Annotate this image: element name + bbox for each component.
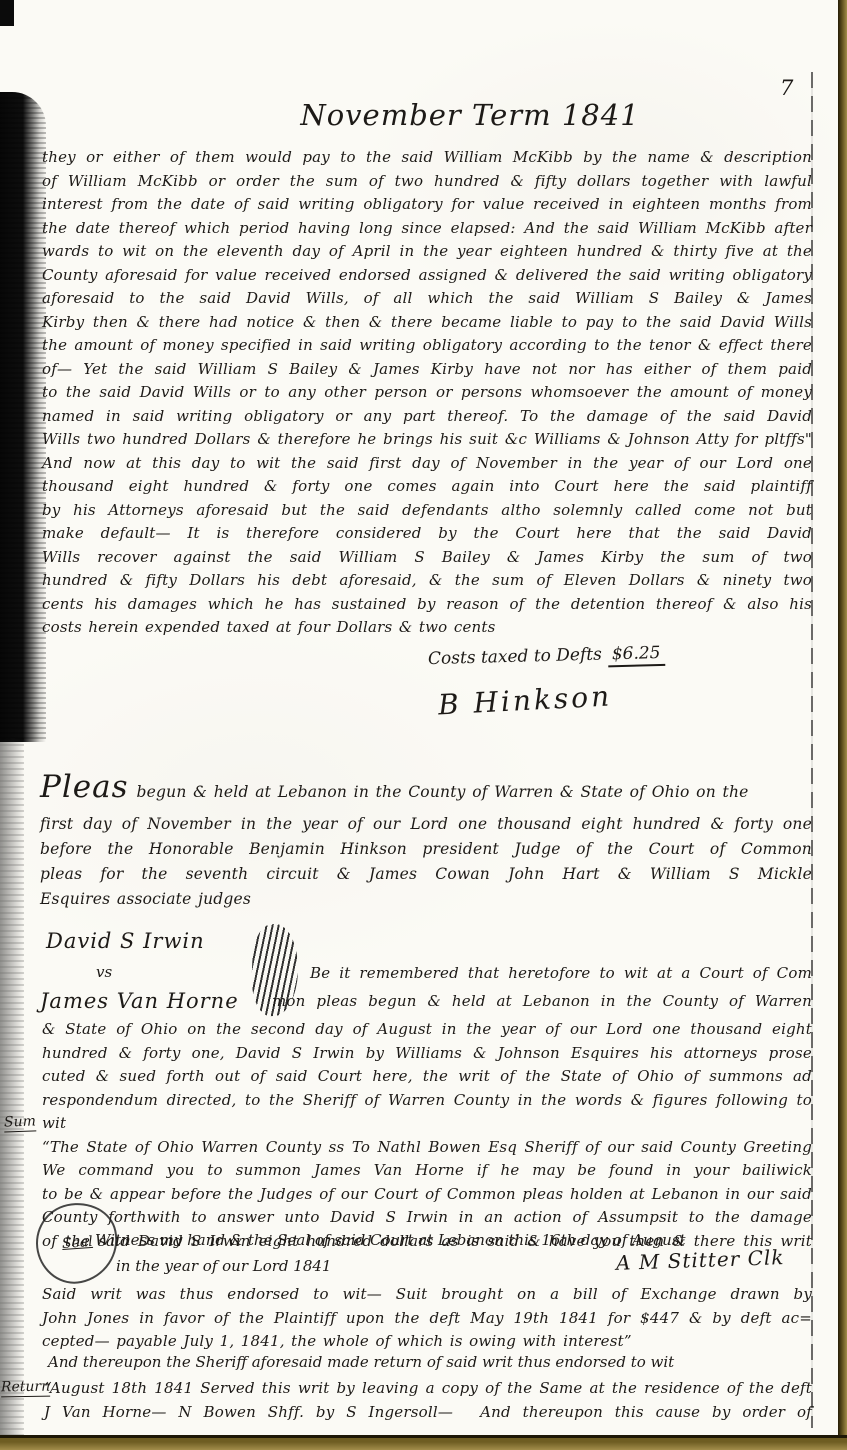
costs-amount: $6.25 <box>608 643 665 667</box>
text-line: pleas for the seventh circuit & James Co… <box>40 862 812 887</box>
page-edge-bottom <box>0 1435 847 1450</box>
judge-signature: B Hinkson <box>437 679 613 721</box>
text-line: cuted & sued forth out of said Court her… <box>42 1065 812 1089</box>
text-line: Said writ was thus endorsed to wit— Suit… <box>42 1283 812 1307</box>
text-line: aforesaid to the said David Wills, of al… <box>42 287 812 311</box>
scan-gutter-shadow-lower <box>0 738 24 1450</box>
scan-corner-mark <box>0 0 14 26</box>
text-line: Wills two hundred Dollars & therefore he… <box>42 428 812 452</box>
text-line: make default— It is therefore considered… <box>42 522 812 546</box>
text-line: the date thereof which period having lon… <box>42 217 812 241</box>
page-number: 7 <box>780 76 799 100</box>
text-line: Esquires associate judges <box>40 887 812 912</box>
term-title: November Term 1841 <box>250 98 690 132</box>
text-line: named in said writing obligatory or any … <box>42 405 812 429</box>
costs-note-label: Costs taxed to Defts <box>428 645 602 670</box>
text-line: costs herein expended taxed at four Doll… <box>42 616 812 640</box>
plaintiff-name: David S Irwin <box>46 929 205 953</box>
text-line: J Van Horne— N Bowen Shff. by S Ingersol… <box>44 1401 812 1425</box>
text-line: We command you to summon James Van Horne… <box>42 1159 812 1183</box>
text-line: County aforesaid for value received endo… <box>42 264 812 288</box>
text-line: to the said David Wills or to any other … <box>42 381 812 405</box>
text-line: first day of November in the year of our… <box>40 812 812 837</box>
text-line: John Jones in favor of the Plaintiff upo… <box>42 1307 812 1331</box>
costs-note: Costs taxed to Defts$6.25 <box>428 643 665 669</box>
scanned-court-record-page: { "page": { "number": "7", "ink_color": … <box>0 0 847 1450</box>
text-line: hundred & forty one, David S Irwin by Wi… <box>42 1042 812 1066</box>
text-line: the amount of money specified in said wr… <box>42 334 812 358</box>
witness-clause-line-2: in the year of our Lord 1841 <box>116 1257 331 1275</box>
text-line: of— Yet the said William S Bailey & Jame… <box>42 358 812 382</box>
term-opening-lines: first day of November in the year of our… <box>40 812 812 912</box>
clerk-signature: A M Stitter Clk <box>616 1245 785 1275</box>
text-line: by his Attorneys aforesaid but the said … <box>42 499 812 523</box>
term-opening-paragraph: Pleasbegun & held at Lebanon in the Coun… <box>40 775 812 805</box>
text-line: “The State of Ohio Warren County ss To N… <box>42 1136 812 1160</box>
versus-label: vs <box>96 963 112 981</box>
text-line: respondendum directed, to the Sheriff of… <box>42 1089 812 1136</box>
text-line: & State of Ohio on the second day of Aug… <box>42 1018 812 1042</box>
judgment-entry-paragraph: they or either of them would pay to the … <box>42 146 812 640</box>
page-edge-right <box>838 0 847 1450</box>
text-line: cepted— payable July 1, 1841, the whole … <box>42 1330 812 1354</box>
writ-endorsement-text: Said writ was thus endorsed to wit— Suit… <box>42 1283 812 1354</box>
text-line: hundred & fifty Dollars his debt aforesa… <box>42 569 812 593</box>
text-line: “August 18th 1841 Served this writ by le… <box>44 1377 812 1401</box>
text-line: they or either of them would pay to the … <box>42 146 812 170</box>
text-line: County forthwith to answer unto David S … <box>42 1206 812 1230</box>
opening-line-rest: begun & held at Lebanon in the County of… <box>137 783 749 801</box>
sheriff-return-text: “August 18th 1841 Served this writ by le… <box>44 1377 812 1424</box>
margin-note-return: Return <box>1 1379 50 1398</box>
witness-clause-line-1: Witness my hand & the Seal of said Court… <box>95 1231 686 1249</box>
text-line: interest from the date of said writing o… <box>42 193 812 217</box>
opening-word: Pleas <box>40 769 137 805</box>
text-line: wards to wit on the eleventh day of Apri… <box>42 240 812 264</box>
text-line: before the Honorable Benjamin Hinkson pr… <box>40 837 812 862</box>
record-opening-line-2: mon pleas begun & held at Lebanon in the… <box>272 992 812 1010</box>
text-line: Kirby then & there had notice & then & t… <box>42 311 812 335</box>
text-line: Pleasbegun & held at Lebanon in the Coun… <box>40 775 812 805</box>
text-line: Wills recover against the said William S… <box>42 546 812 570</box>
text-line: to be & appear before the Judges of our … <box>42 1183 812 1207</box>
writ-of-summons-text: & State of Ohio on the second day of Aug… <box>42 1018 812 1253</box>
sheriff-return-intro: And thereupon the Sheriff aforesaid made… <box>48 1353 674 1371</box>
text-line: cents his damages which he has sustained… <box>42 593 812 617</box>
margin-note-summons: Sum <box>4 1113 36 1132</box>
text-line: thousand eight hundred & forty one comes… <box>42 475 812 499</box>
defendant-name: James Van Horne <box>40 989 239 1013</box>
record-opening-line-1: Be it remembered that heretofore to wit … <box>310 964 812 982</box>
text-line: And now at this day to wit the said firs… <box>42 452 812 476</box>
seal-label: Seal <box>61 1234 93 1252</box>
scan-gutter-shadow-upper <box>0 92 46 742</box>
text-line: of William McKibb or order the sum of tw… <box>42 170 812 194</box>
